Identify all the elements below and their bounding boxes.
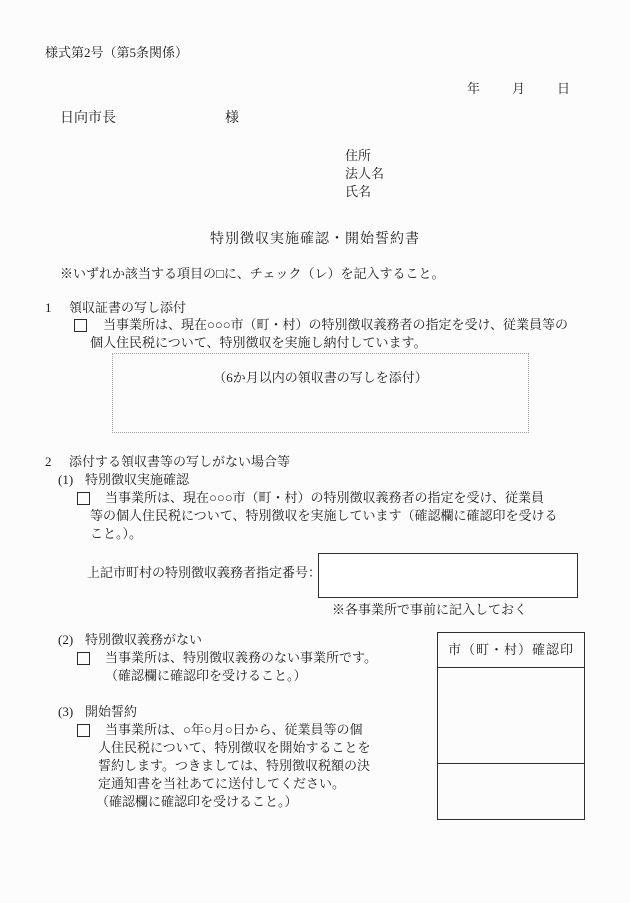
form-number: 様式第2号（第5条関係） <box>45 44 188 62</box>
addressee-name: 日向市長 <box>60 110 116 128</box>
sender-address-label: 住所 <box>345 147 371 165</box>
section2-number: 2 <box>45 453 52 471</box>
sub1-item-line: 等の個人住民税について、特別徴収を実施しています（確認欄に確認印を受ける <box>90 507 630 525</box>
sub1-item-line: 当事業所は、現在○○○市（町・村）の特別徴収義務者の指定を受け、従業員 <box>105 489 630 507</box>
section1-number: 1 <box>45 299 52 317</box>
sub3-item-line: 定通知書を当社あてに送付してください。 <box>98 775 630 793</box>
sub1-item-line: こと。）。 <box>90 525 630 543</box>
sub3-heading: 開始誓約 <box>85 703 137 721</box>
date-year-label: 年 <box>467 80 480 98</box>
sub2-heading: 特別徴収義務がない <box>85 631 202 649</box>
sender-corporate-name-label: 法人名 <box>345 165 384 183</box>
section1-item-line: 当事業所は、現在○○○市（町・村）の特別徴収義務者の指定を受け、従業員等の <box>103 316 630 334</box>
check-instruction: ※いずれか該当する項目の□に、チェック（レ）を記入すること。 <box>60 265 444 283</box>
sender-name-label: 氏名 <box>345 183 371 201</box>
section1-item-line: 個人住民税について、特別徴収を実施し納付しています。 <box>90 334 630 352</box>
sub1-label: (1) <box>58 471 73 489</box>
sub2-label: (2) <box>58 631 73 649</box>
designation-prefill-note: ※各事業所で事前に記入しておく <box>332 601 527 619</box>
addressee-honorific: 様 <box>225 110 239 128</box>
receipt-attachment-area: （6か月以内の領収書の写しを添付） <box>112 353 529 433</box>
designation-number-label: 上記市町村の特別徴収義務者指定番号： <box>87 564 321 582</box>
designation-number-field[interactable] <box>318 553 578 598</box>
sub3-item-text: 当事業所は、○年○月○日から、従業員等の個 人住民税について、特別徴収を開始する… <box>0 721 630 811</box>
sub1-item-text: 当事業所は、現在○○○市（町・村）の特別徴収義務者の指定を受け、従業員 等の個人… <box>0 489 630 543</box>
stamp-box-header: 市（町・村）確認印 <box>438 633 584 668</box>
attachment-note: （6か月以内の領収書の写しを添付） <box>113 369 528 387</box>
sub3-item-line: 当事業所は、○年○月○日から、従業員等の個 <box>105 721 630 739</box>
sub3-item-line: 人住民税について、特別徴収を開始することを <box>98 739 630 757</box>
sub3-item-line: （確認欄に確認印を受けること。） <box>96 793 630 811</box>
form-page: 様式第2号（第5条関係） 年 月 日 日向市長 様 住所 法人名 氏名 特別徴収… <box>0 0 630 903</box>
document-title: 特別徴収実施確認・開始誓約書 <box>0 231 630 249</box>
sub1-heading: 特別徴収実施確認 <box>85 471 189 489</box>
section1-heading: 領収証書の写し添付 <box>69 299 186 317</box>
sub3-label: (3) <box>58 703 73 721</box>
sub3-item-line: 誓約します。つきましては、特別徴収税額の決 <box>98 757 630 775</box>
date-month-label: 月 <box>512 80 525 98</box>
section2-heading: 添付する領収書等の写しがない場合等 <box>69 453 290 471</box>
section1-item-text: 当事業所は、現在○○○市（町・村）の特別徴収義務者の指定を受け、従業員等の 個人… <box>0 316 630 352</box>
date-day-label: 日 <box>557 80 570 98</box>
